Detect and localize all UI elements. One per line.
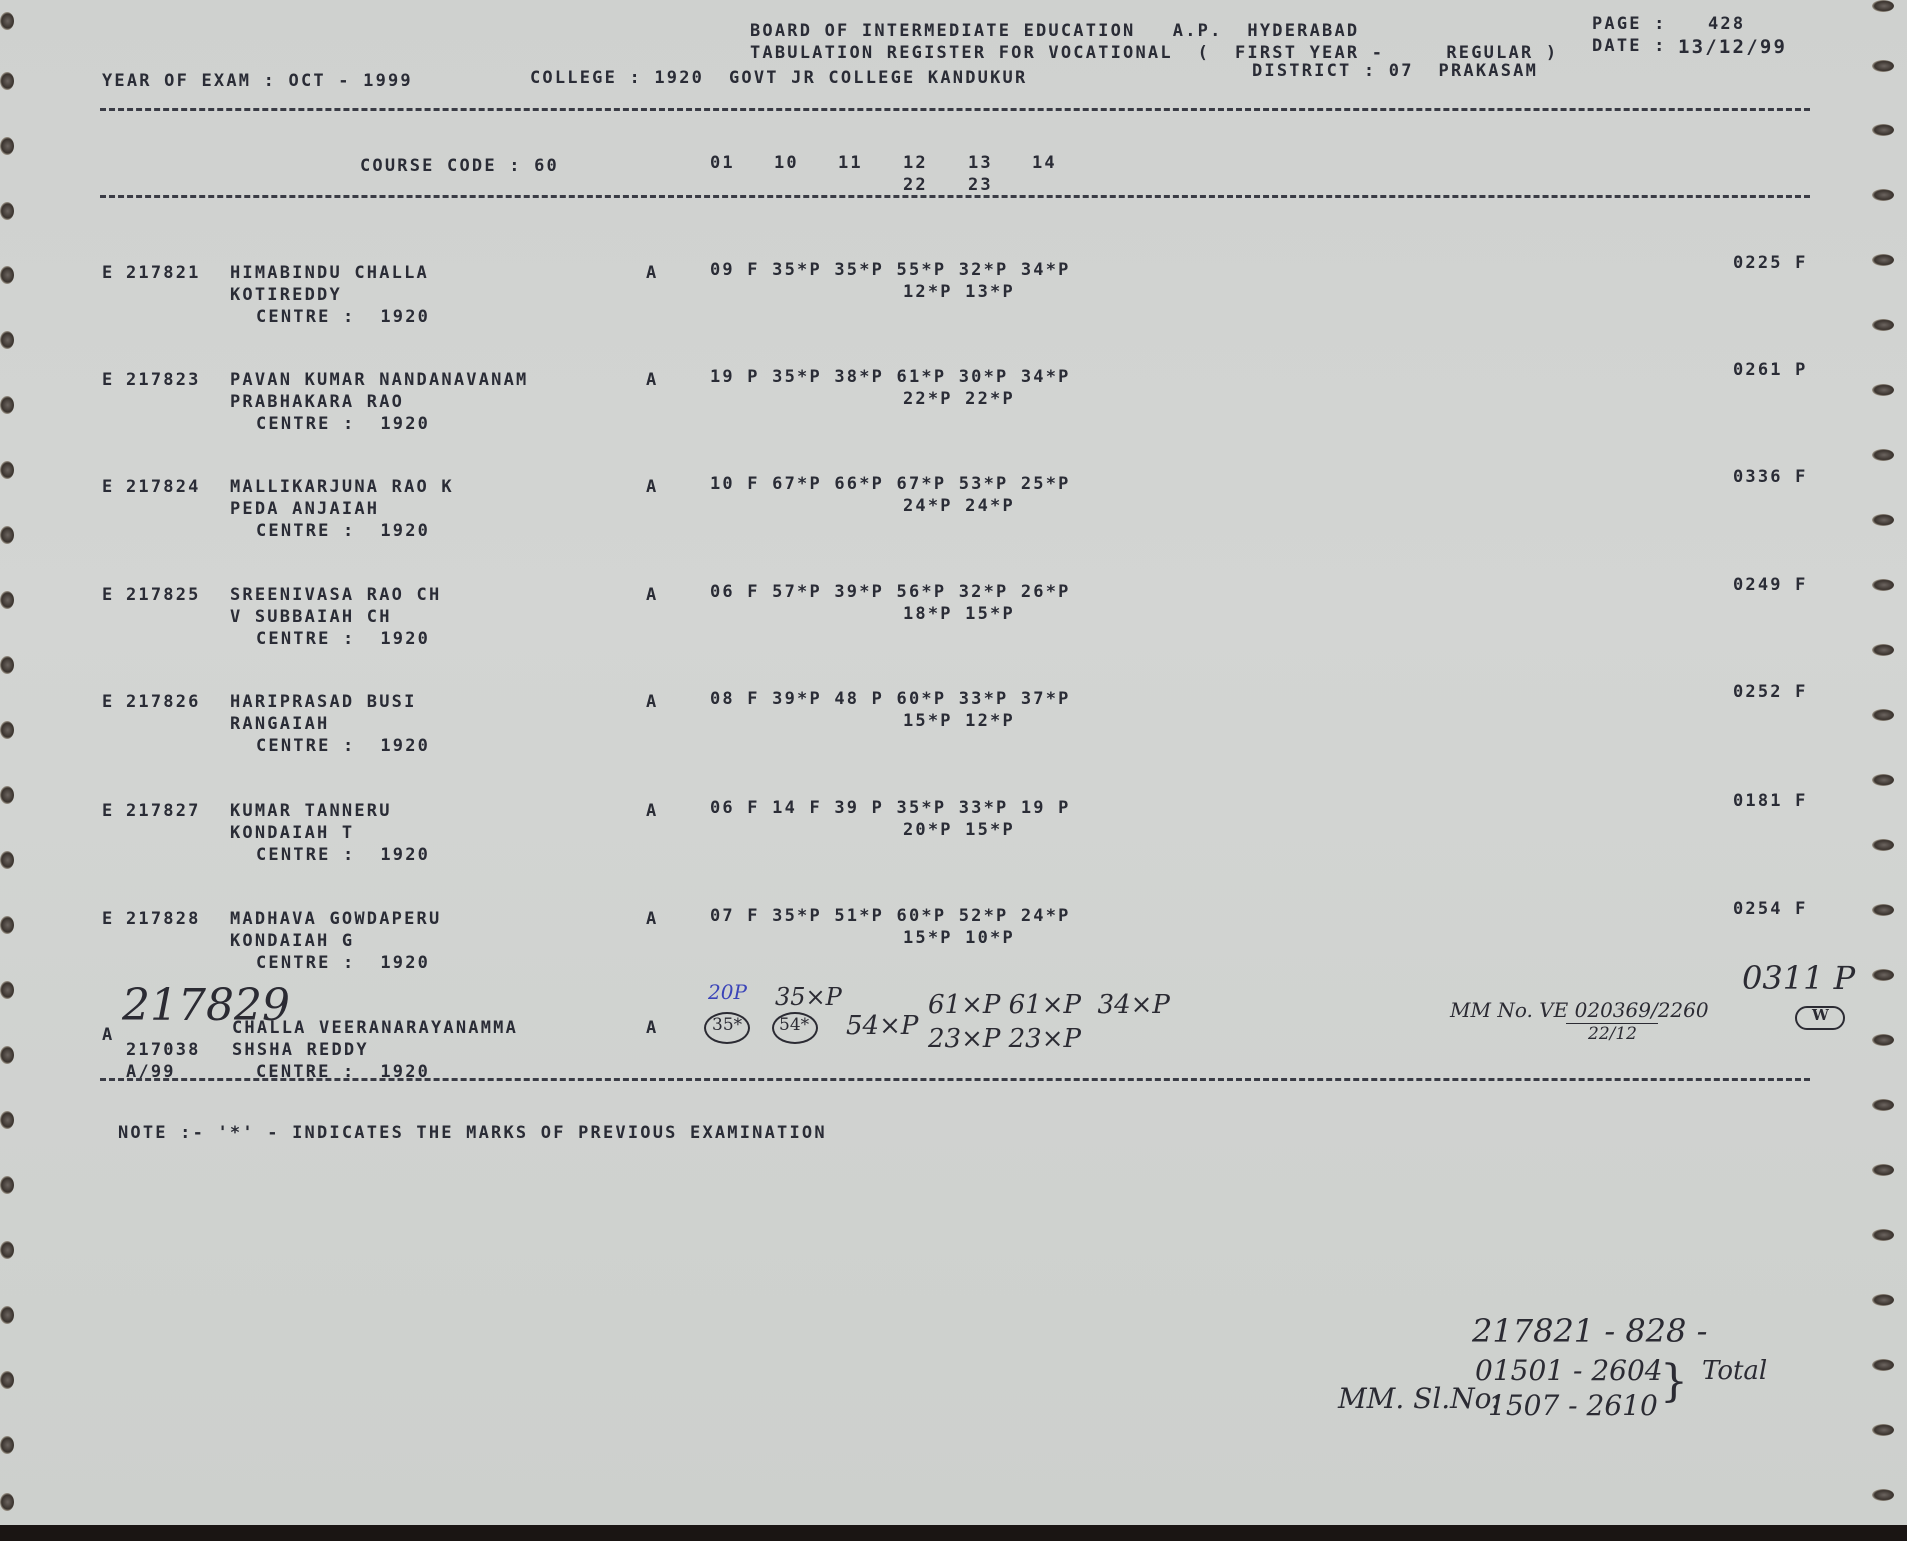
record-prefix: E xyxy=(102,911,114,928)
circled-mark: 54* xyxy=(779,1017,809,1034)
total-result: 0225 F xyxy=(1733,255,1808,272)
father-name: RANGAIAH xyxy=(230,716,329,733)
marks-row-1: 07 F 35*P 51*P 60*P 52*P 24*P xyxy=(710,908,1071,925)
feed-hole xyxy=(0,12,14,30)
feed-hole xyxy=(1872,514,1894,526)
separator-line xyxy=(100,108,1810,111)
feed-hole xyxy=(1872,1424,1894,1436)
feed-hole xyxy=(1872,449,1894,461)
marks-row-2: 18*P 15*P xyxy=(903,606,1015,623)
handwritten-serial-label: MM. Sl.No: xyxy=(1338,1385,1501,1413)
tabulation-register-page: BOARD OF INTERMEDIATE EDUCATION A.P. HYD… xyxy=(0,0,1907,1525)
subject-code-11: 11 xyxy=(838,155,863,172)
hall-ticket-number: 217828 xyxy=(126,911,201,928)
page-label: PAGE : xyxy=(1592,16,1667,33)
feed-hole xyxy=(1872,1164,1894,1176)
date-value: 13/12/99 xyxy=(1678,38,1787,57)
subject-code-22: 22 xyxy=(903,177,928,194)
handwritten-mark: 54×P xyxy=(846,1013,918,1039)
student-record-annotated: A 217829 CHALLA VEERANARAYANAMMA 217038 … xyxy=(0,980,1907,1080)
student-name: MALLIKARJUNA RAO K xyxy=(230,479,454,496)
subject-code-12: 12 xyxy=(903,155,928,172)
student-record: E 217821 HIMABINDU CHALLA KOTIREDDY CENT… xyxy=(0,265,1907,335)
marks-row-2: 22*P 22*P xyxy=(903,391,1015,408)
student-record: E 217826 HARIPRASAD BUSI RANGAIAH CENTRE… xyxy=(0,694,1907,764)
student-record: E 217823 PAVAN KUMAR NANDANAVANAM PRABHA… xyxy=(0,372,1907,442)
circled-mark: 35* xyxy=(712,1017,742,1034)
medium: A xyxy=(646,911,658,928)
page-number: 428 xyxy=(1708,16,1745,33)
feed-hole xyxy=(0,1111,14,1129)
handwritten-memo-number: MM No. VE 020369/2260 xyxy=(1450,1000,1709,1020)
hall-ticket-number: 217821 xyxy=(126,265,201,282)
feed-hole xyxy=(0,1176,14,1194)
feed-hole xyxy=(1872,579,1894,591)
brace-mark: } xyxy=(1660,1360,1688,1404)
marks-row-1: 08 F 39*P 48 P 60*P 33*P 37*P xyxy=(710,691,1071,708)
old-hall-ticket-number: 217038 xyxy=(126,1042,201,1059)
hall-ticket-number: 217826 xyxy=(126,694,201,711)
record-prefix: E xyxy=(102,587,114,604)
feed-hole xyxy=(1872,124,1894,136)
feed-hole xyxy=(1872,0,1894,12)
medium: A xyxy=(646,803,658,820)
marks-row-1: 09 F 35*P 35*P 55*P 32*P 34*P xyxy=(710,262,1071,279)
student-name: KUMAR TANNERU xyxy=(230,803,392,820)
total-result: 0249 F xyxy=(1733,577,1808,594)
feed-hole xyxy=(0,721,14,739)
hall-ticket-number: 217823 xyxy=(126,372,201,389)
student-name: CHALLA VEERANARAYANAMMA xyxy=(232,1020,518,1037)
student-name: HIMABINDU CHALLA xyxy=(230,265,429,282)
record-prefix: E xyxy=(102,372,114,389)
subject-code-01: 01 xyxy=(710,155,735,172)
hall-ticket-number: 217824 xyxy=(126,479,201,496)
student-name: MADHAVA GOWDAPERU xyxy=(230,911,441,928)
marks-row-2: 24*P 24*P xyxy=(903,498,1015,515)
feed-hole xyxy=(0,916,14,934)
subject-code-13: 13 xyxy=(968,155,993,172)
feed-hole xyxy=(1872,1229,1894,1241)
feed-hole xyxy=(0,656,14,674)
feed-hole xyxy=(0,786,14,804)
separator-line xyxy=(100,1078,1810,1081)
feed-hole xyxy=(1872,969,1894,981)
feed-hole xyxy=(0,851,14,869)
centre-code: CENTRE : 1920 xyxy=(256,738,430,755)
withheld-badge-label: W xyxy=(1812,1008,1829,1023)
feed-hole xyxy=(0,1306,14,1324)
feed-hole xyxy=(1872,384,1894,396)
feed-hole xyxy=(1872,60,1894,72)
feed-hole xyxy=(0,461,14,479)
feed-hole xyxy=(1872,1099,1894,1111)
subject-code-23: 23 xyxy=(968,177,993,194)
father-name: PEDA ANJAIAH xyxy=(230,501,379,518)
student-record: E 217825 SREENIVASA RAO CH V SUBBAIAH CH… xyxy=(0,587,1907,657)
total-result: 0252 F xyxy=(1733,684,1808,701)
feed-hole xyxy=(0,202,14,220)
background-edge xyxy=(0,1525,1907,1541)
college-info: COLLEGE : 1920 GOVT JR COLLEGE KANDUKUR xyxy=(530,70,1027,87)
feed-hole xyxy=(0,137,14,155)
feed-hole xyxy=(0,1493,14,1511)
father-name: KONDAIAH T xyxy=(230,825,354,842)
feed-hole xyxy=(1872,1359,1894,1371)
footer-note: NOTE :- '*' - INDICATES THE MARKS OF PRE… xyxy=(118,1125,827,1142)
father-name: PRABHAKARA RAO xyxy=(230,394,404,411)
handwritten-marks-row-2: 23×P 23×P xyxy=(928,1026,1081,1052)
medium: A xyxy=(646,265,658,282)
course-code: COURSE CODE : 60 xyxy=(360,158,559,175)
total-result: 0261 P xyxy=(1733,362,1808,379)
feed-hole xyxy=(1872,254,1894,266)
marks-row-1: 06 F 14 F 39 P 35*P 33*P 19 P xyxy=(710,800,1071,817)
feed-hole xyxy=(1872,839,1894,851)
medium: A xyxy=(646,694,658,711)
centre-code: CENTRE : 1920 xyxy=(256,309,430,326)
student-record: E 217828 MADHAVA GOWDAPERU KONDAIAH G CE… xyxy=(0,911,1907,981)
subject-code-14: 14 xyxy=(1032,155,1057,172)
centre-code: CENTRE : 1920 xyxy=(256,523,430,540)
medium: A xyxy=(646,372,658,389)
medium: A xyxy=(646,1020,658,1037)
total-result: 0254 F xyxy=(1733,901,1808,918)
student-name: PAVAN KUMAR NANDANAVANAM xyxy=(230,372,528,389)
marks-row-1: 19 P 35*P 38*P 61*P 30*P 34*P xyxy=(710,369,1071,386)
register-title: TABULATION REGISTER FOR VOCATIONAL ( FIR… xyxy=(750,45,1558,62)
student-name: SREENIVASA RAO CH xyxy=(230,587,441,604)
centre-code: CENTRE : 1920 xyxy=(256,631,430,648)
centre-code: CENTRE : 1920 xyxy=(256,416,430,433)
feed-hole xyxy=(0,1046,14,1064)
father-name: KONDAIAH G xyxy=(230,933,354,950)
handwritten-serial-range-2: 1507 - 2610 xyxy=(1488,1392,1658,1420)
handwritten-total-label: Total xyxy=(1702,1358,1767,1384)
record-prefix: E xyxy=(102,803,114,820)
handwritten-memo-date: 22/12 xyxy=(1588,1026,1637,1043)
marks-row-2: 15*P 12*P xyxy=(903,713,1015,730)
feed-hole xyxy=(0,1241,14,1259)
separator-line xyxy=(100,195,1810,198)
record-prefix: E xyxy=(102,694,114,711)
subject-code-10: 10 xyxy=(774,155,799,172)
student-name: HARIPRASAD BUSI xyxy=(230,694,417,711)
father-name: KOTIREDDY xyxy=(230,287,342,304)
marks-row-2: 15*P 10*P xyxy=(903,930,1015,947)
record-prefix: A xyxy=(102,1027,114,1044)
hall-ticket-number: 217825 xyxy=(126,587,201,604)
feed-hole xyxy=(0,1436,14,1454)
handwritten-marks-row-1: 61×P 61×P 34×P xyxy=(928,992,1170,1018)
feed-hole xyxy=(1872,189,1894,201)
father-name: V SUBBAIAH CH xyxy=(230,609,392,626)
total-result: 0336 F xyxy=(1733,469,1808,486)
feed-hole xyxy=(1872,1034,1894,1046)
district-info: DISTRICT : 07 PRAKASAM xyxy=(1252,63,1538,80)
handwritten-range: 217821 - 828 - xyxy=(1472,1315,1707,1347)
record-prefix: E xyxy=(102,265,114,282)
handwritten-correction: 35×P xyxy=(775,985,842,1009)
feed-hole xyxy=(1872,1489,1894,1501)
handwritten-serial-range-1: 01501 - 2604 xyxy=(1475,1357,1663,1385)
record-prefix: E xyxy=(102,479,114,496)
feed-hole xyxy=(0,331,14,349)
board-title: BOARD OF INTERMEDIATE EDUCATION A.P. HYD… xyxy=(750,23,1359,40)
feed-hole xyxy=(0,266,14,284)
feed-hole xyxy=(0,981,14,999)
centre-code: CENTRE : 1920 xyxy=(256,847,430,864)
marks-row-1: 10 F 67*P 66*P 67*P 53*P 25*P xyxy=(710,476,1071,493)
date-label: DATE : xyxy=(1592,38,1667,55)
feed-hole xyxy=(1872,1294,1894,1306)
feed-hole xyxy=(1872,904,1894,916)
feed-hole xyxy=(1872,319,1894,331)
father-name: SHSHA REDDY xyxy=(232,1042,369,1059)
marks-row-1: 06 F 57*P 39*P 56*P 32*P 26*P xyxy=(710,584,1071,601)
feed-hole xyxy=(0,72,14,90)
hall-ticket-number: 217827 xyxy=(126,803,201,820)
centre-code: CENTRE : 1920 xyxy=(256,955,430,972)
marks-row-2: 20*P 15*P xyxy=(903,822,1015,839)
feed-hole xyxy=(1872,644,1894,656)
medium: A xyxy=(646,479,658,496)
student-record: E 217824 MALLIKARJUNA RAO K PEDA ANJAIAH… xyxy=(0,479,1907,549)
feed-hole xyxy=(0,526,14,544)
feed-hole xyxy=(0,396,14,414)
medium: A xyxy=(646,587,658,604)
student-record: E 217827 KUMAR TANNERU KONDAIAH T CENTRE… xyxy=(0,803,1907,873)
handwritten-correction-blue: 20P xyxy=(708,982,747,1002)
feed-hole xyxy=(0,591,14,609)
marks-row-2: 12*P 13*P xyxy=(903,284,1015,301)
handwritten-total: 0311 P xyxy=(1742,962,1855,994)
feed-hole xyxy=(0,1371,14,1389)
feed-hole xyxy=(1872,709,1894,721)
feed-hole xyxy=(1872,774,1894,786)
year-of-exam: YEAR OF EXAM : OCT - 1999 xyxy=(102,73,413,90)
total-result: 0181 F xyxy=(1733,793,1808,810)
